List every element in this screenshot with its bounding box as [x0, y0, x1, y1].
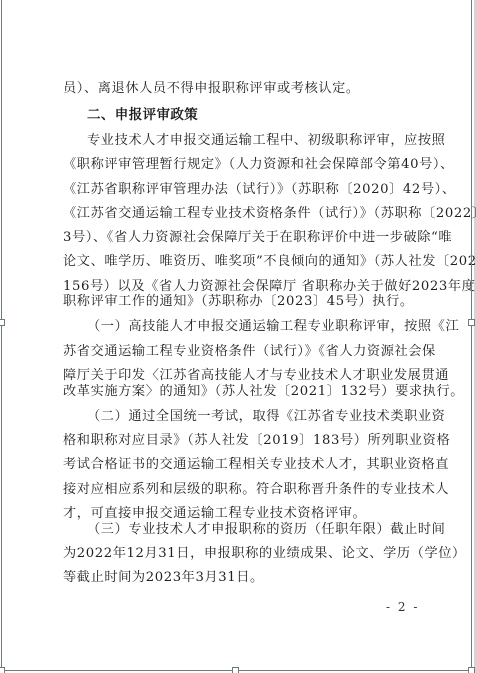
resize-handle-bottom-right[interactable]	[468, 667, 475, 673]
resize-handle-left[interactable]	[0, 319, 5, 326]
resize-handle-right[interactable]	[468, 319, 475, 326]
resize-handle-bottom-left[interactable]	[0, 667, 5, 673]
selection-frame[interactable]	[1, 0, 472, 671]
resize-handle-bottom[interactable]	[232, 667, 239, 673]
